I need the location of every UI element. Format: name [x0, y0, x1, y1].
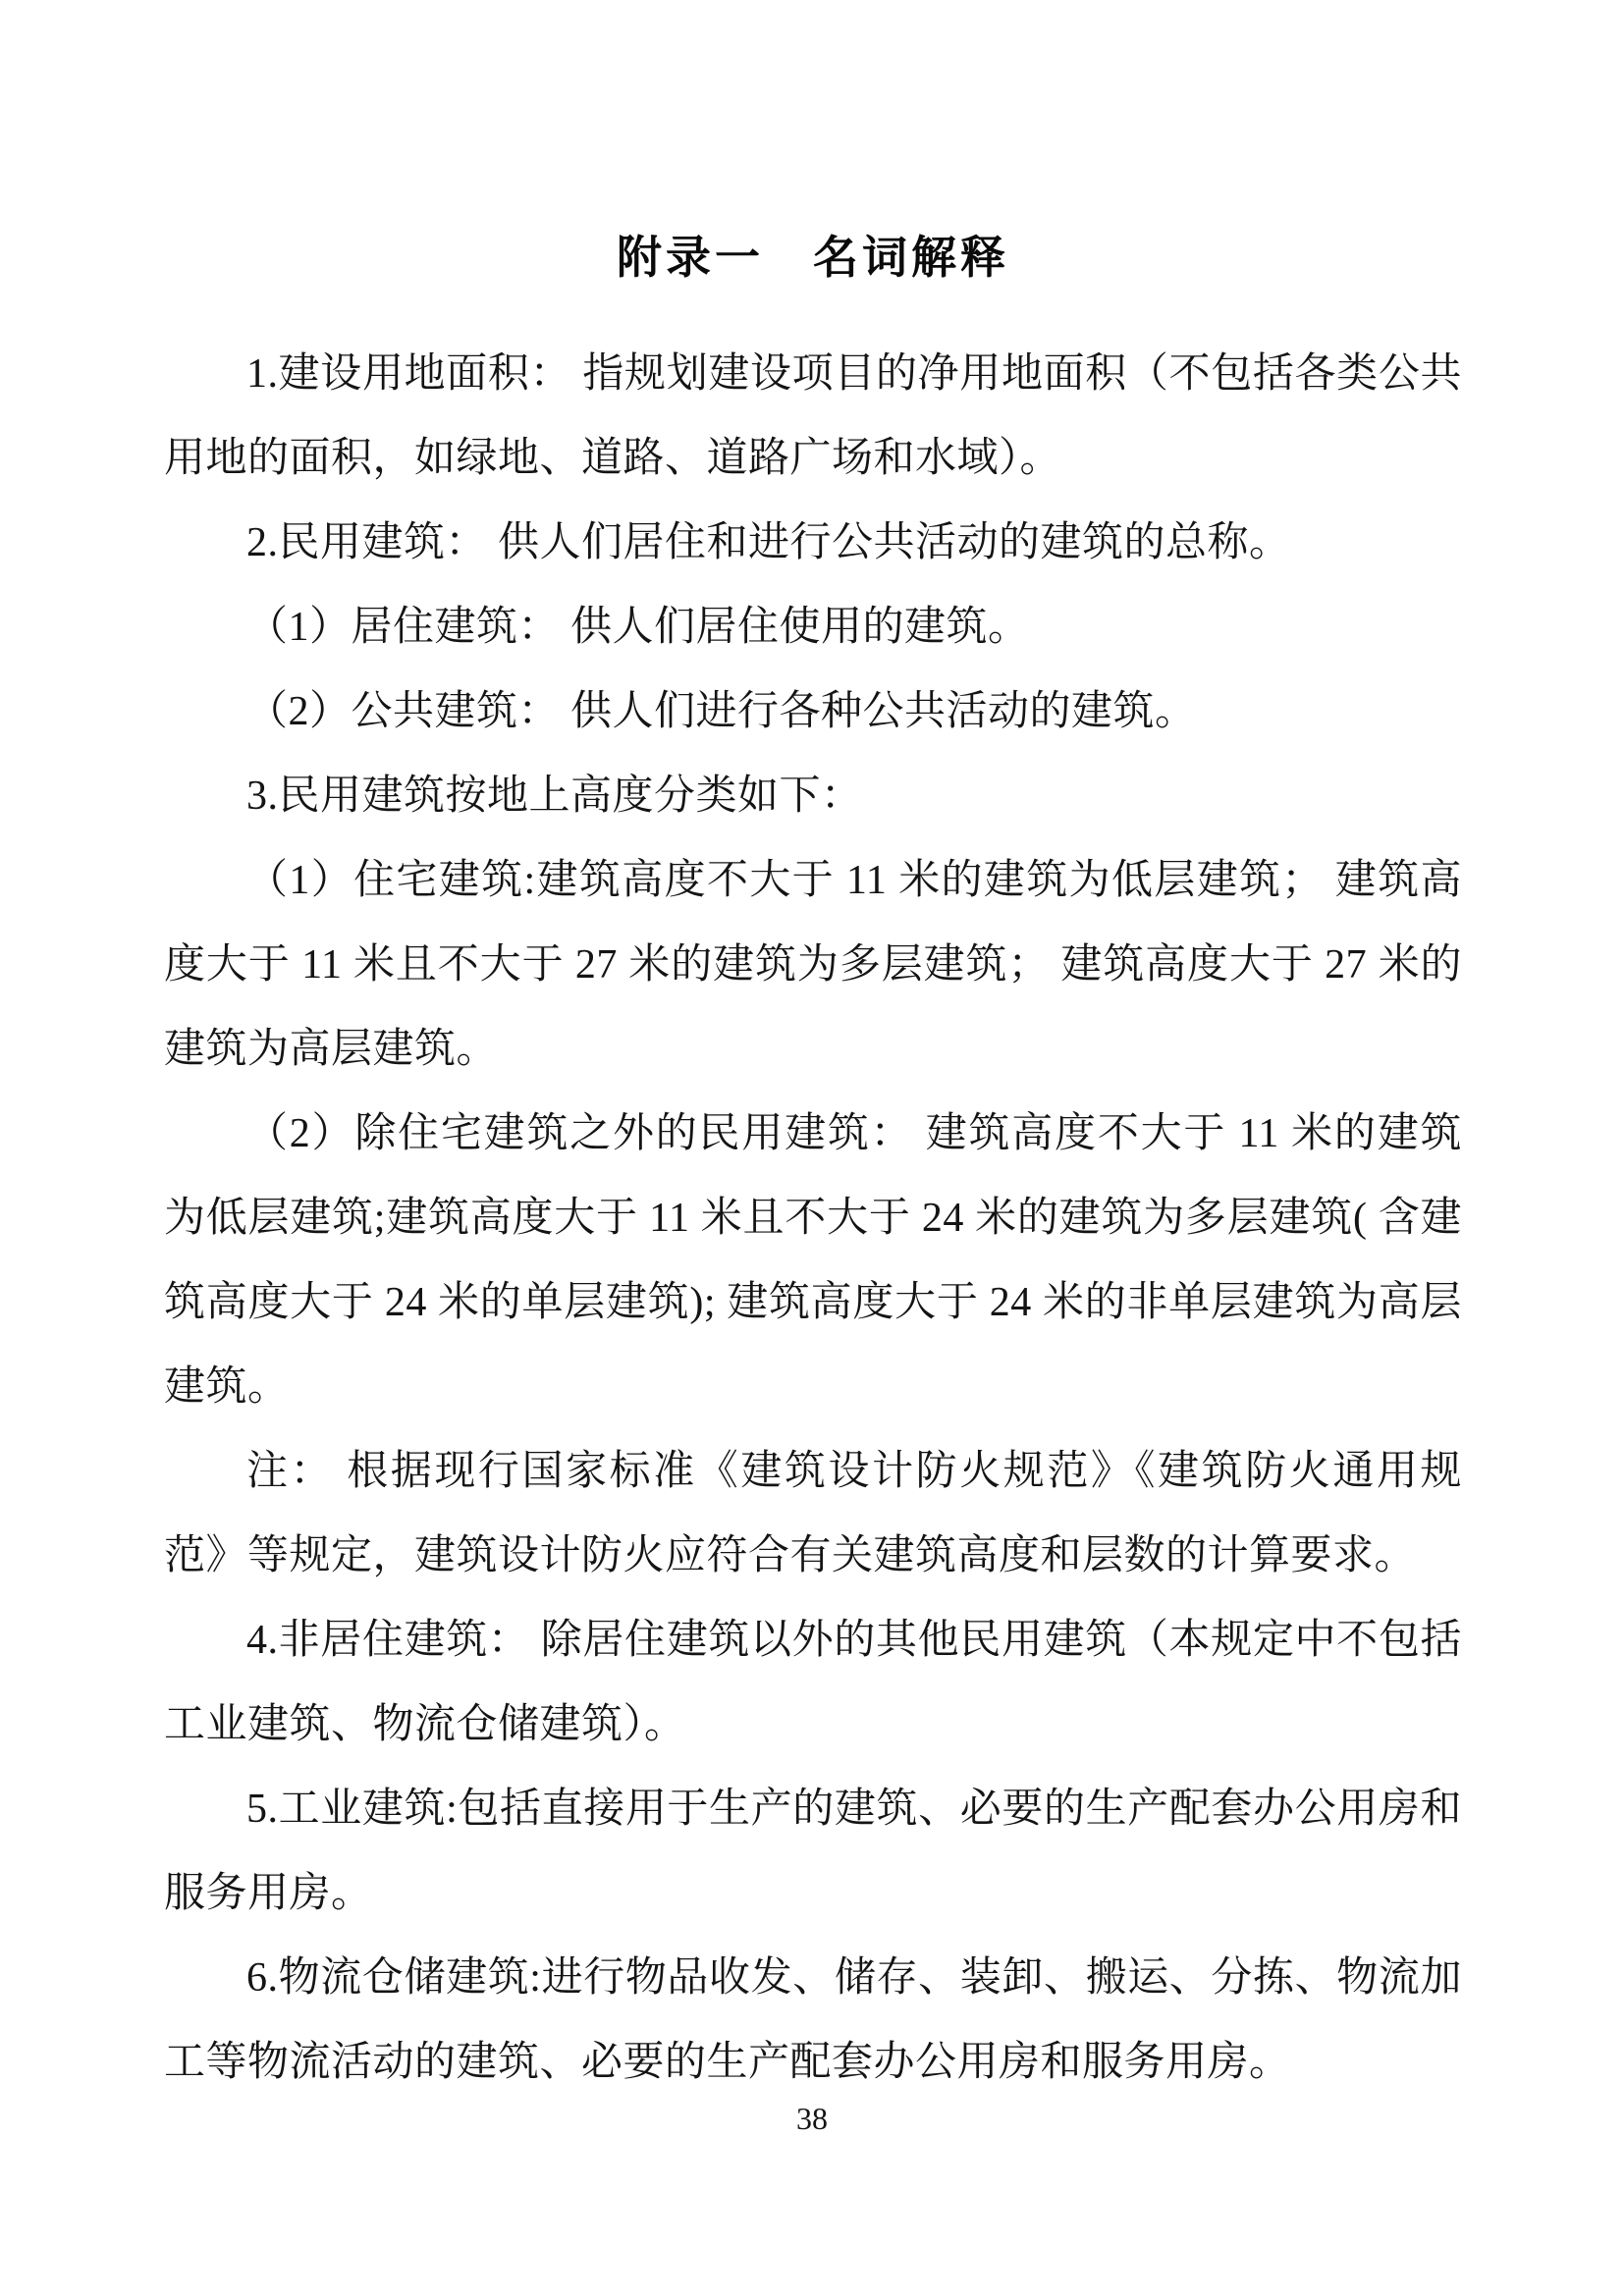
paragraph-2: 2.民用建筑： 供人们居住和进行公共活动的建筑的总称。: [164, 501, 1462, 585]
paragraph-3: （1）居住建筑： 供人们居住使用的建筑。: [164, 585, 1462, 669]
page-number: 38: [0, 2101, 1624, 2137]
text-block: 附录一 名词解释 1.建设用地面积： 指规划建设项目的净用地面积（不包括各类公共…: [164, 228, 1462, 2105]
body-text: 1.建设用地面积： 指规划建设项目的净用地面积（不包括各类公共用地的面积，如绿地…: [164, 332, 1462, 2105]
paragraph-11: 6.物流仓储建筑:进行物品收发、储存、装卸、搬运、分拣、物流加工等物流活动的建筑…: [164, 1936, 1462, 2105]
page-title: 附录一 名词解释: [164, 228, 1462, 287]
paragraph-4: （2）公共建筑： 供人们进行各种公共活动的建筑。: [164, 669, 1462, 754]
paragraph-8: 注： 根据现行国家标准《建筑设计防火规范》《建筑防火通用规范》等规定，建筑设计防…: [164, 1429, 1462, 1598]
paragraph-6: （1）住宅建筑:建筑高度不大于 11 米的建筑为低层建筑； 建筑高度大于 11 …: [164, 838, 1462, 1092]
document-page: 附录一 名词解释 1.建设用地面积： 指规划建设项目的净用地面积（不包括各类公共…: [0, 0, 1624, 2296]
paragraph-10: 5.工业建筑:包括直接用于生产的建筑、必要的生产配套办公用房和服务用房。: [164, 1767, 1462, 1936]
paragraph-7: （2）除住宅建筑之外的民用建筑： 建筑高度不大于 11 米的建筑为低层建筑;建筑…: [164, 1092, 1462, 1429]
paragraph-5: 3.民用建筑按地上高度分类如下：: [164, 754, 1462, 838]
paragraph-9: 4.非居住建筑： 除居住建筑以外的其他民用建筑（本规定中不包括工业建筑、物流仓储…: [164, 1598, 1462, 1767]
paragraph-1: 1.建设用地面积： 指规划建设项目的净用地面积（不包括各类公共用地的面积，如绿地…: [164, 332, 1462, 501]
